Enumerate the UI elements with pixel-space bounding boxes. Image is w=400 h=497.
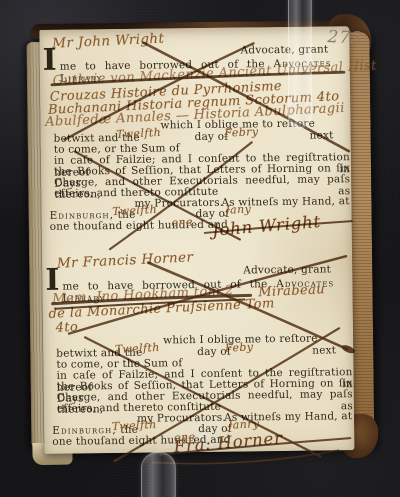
printed-year-line: one thouſand eight hundred and xyxy=(50,219,228,233)
signed-day: Twelfth xyxy=(112,203,157,218)
plastic-strap-bottom xyxy=(141,452,176,497)
return-month: Febry xyxy=(224,125,259,140)
folio-number: 273. xyxy=(327,27,370,49)
printed-day-of: day of xyxy=(195,131,229,143)
signed-month: Janry xyxy=(228,417,260,431)
ledger-book: 273. Mr John Wright Advocate, grant I me… xyxy=(0,0,400,497)
return-month: Feby xyxy=(225,340,254,354)
signed-day: Twelfth xyxy=(112,418,157,433)
return-day: Twelfth xyxy=(115,341,160,356)
return-day: Twelfth xyxy=(116,126,161,141)
signed-month: Jany xyxy=(225,202,251,216)
photo-background: 273. Mr John Wright Advocate, grant I me… xyxy=(0,0,400,497)
book-title-line: 4to xyxy=(55,320,78,336)
borrower-name: Mr Francis Horner xyxy=(57,249,194,271)
printed-next: next xyxy=(312,344,336,356)
printed-grant-line: Advocate, grant xyxy=(241,43,329,56)
printed-dropcap: I xyxy=(45,268,59,294)
printed-dropcap: I xyxy=(43,48,57,74)
printed-grant-line: Advocate, grant xyxy=(243,263,331,276)
year-word: one xyxy=(171,215,193,229)
borrower-name: Mr John Wright xyxy=(52,31,165,52)
plastic-strap-top xyxy=(288,0,312,128)
printed-next: next xyxy=(310,129,334,141)
